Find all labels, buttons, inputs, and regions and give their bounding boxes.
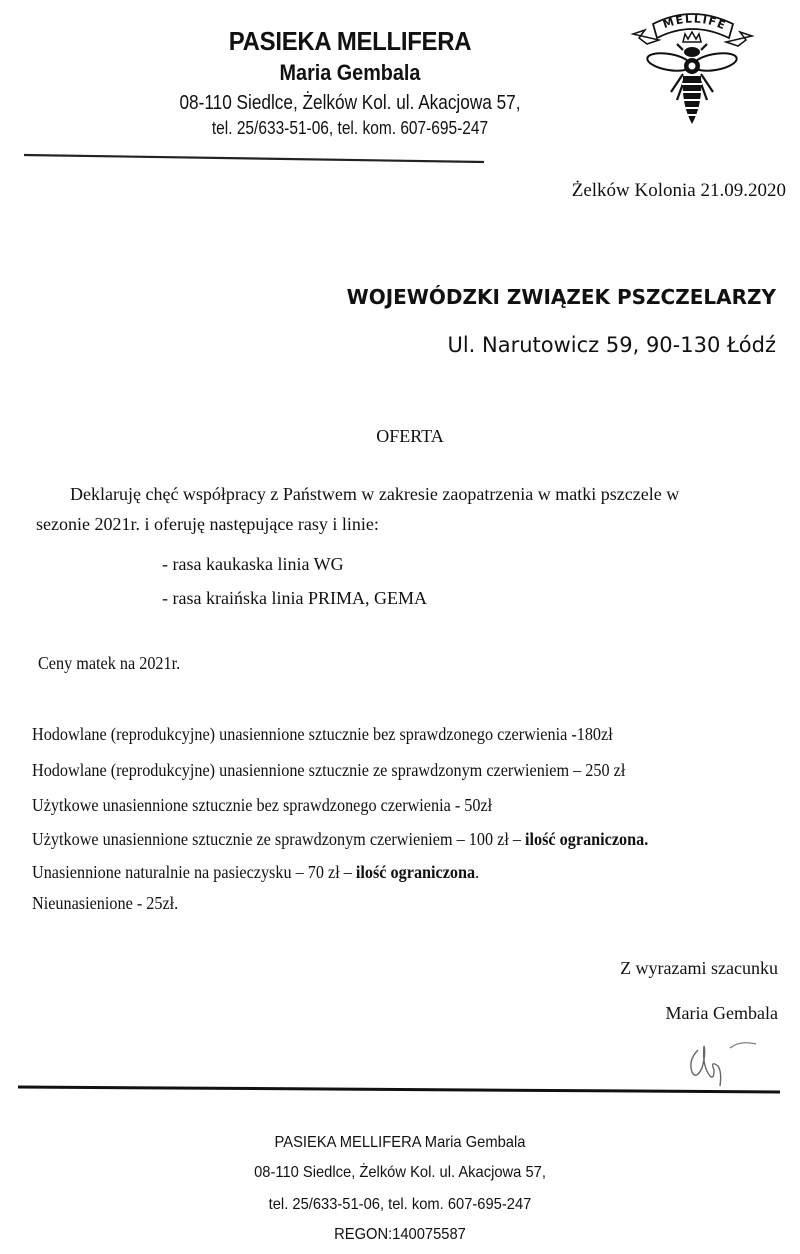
price-text: Hodowlane (reprodukcyjne) unasiennione s… — [32, 760, 625, 780]
date-line: Żelków Kolonia 21.09.2020 — [572, 180, 786, 202]
closing-phrase: Z wyrazami szacunku — [620, 958, 778, 979]
document-title: OFERTA — [0, 426, 800, 447]
recipient-address: Ul. Narutowicz 59, 90-130 Łódź — [447, 333, 776, 357]
recipient-name: WOJEWÓDZKI ZWIĄZEK PSZCZELARZY — [347, 285, 776, 309]
footer-company: PASIEKA MELLIFERA Maria Gembala — [32, 1134, 768, 1152]
signer-name: Maria Gembala — [666, 1003, 778, 1024]
price-item: Użytkowe unasiennione sztucznie bez spra… — [32, 795, 492, 816]
footer-phones: tel. 25/633-51-06, tel. kom. 607-695-247 — [32, 1196, 768, 1214]
breed-line-item: - rasa kraińska linia PRIMA, GEMA — [162, 588, 427, 609]
price-item: Hodowlane (reprodukcyjne) unasiennione s… — [32, 724, 613, 745]
footer-divider — [18, 1087, 780, 1092]
price-text: Unasiennione naturalnie na pasieczysku –… — [32, 862, 356, 882]
price-text: Hodowlane (reprodukcyjne) unasiennione s… — [32, 724, 613, 744]
limited-quantity-note: ilość ograniczona — [356, 862, 475, 882]
price-item: Hodowlane (reprodukcyjne) unasiennione s… — [32, 760, 625, 781]
intro-line-2: sezonie 2021r. i oferuję następujące ras… — [36, 514, 379, 535]
intro-line-1: Deklaruję chęć współpracy z Państwem w z… — [70, 484, 679, 505]
footer-address: 08-110 Siedlce, Żelków Kol. ul. Akacjowa… — [32, 1164, 768, 1182]
prices-heading: Ceny matek na 2021r. — [38, 653, 180, 674]
price-suffix: . — [475, 862, 479, 882]
price-text: Nieunasienione - 25zł. — [32, 893, 178, 913]
breed-line-item: - rasa kaukaska linia WG — [162, 554, 344, 575]
handwritten-signature — [680, 1030, 780, 1090]
price-text: Użytkowe unasiennione sztucznie bez spra… — [32, 795, 492, 815]
footer-regon: REGON:140075587 — [32, 1226, 768, 1244]
limited-quantity-note: ilość ograniczona. — [525, 829, 648, 849]
price-item: Użytkowe unasiennione sztucznie ze spraw… — [32, 829, 648, 850]
price-text: Użytkowe unasiennione sztucznie ze spraw… — [32, 829, 525, 849]
price-item: Nieunasienione - 25zł. — [32, 893, 178, 914]
header-divider — [24, 155, 484, 162]
price-item: Unasiennione naturalnie na pasieczysku –… — [32, 862, 479, 883]
